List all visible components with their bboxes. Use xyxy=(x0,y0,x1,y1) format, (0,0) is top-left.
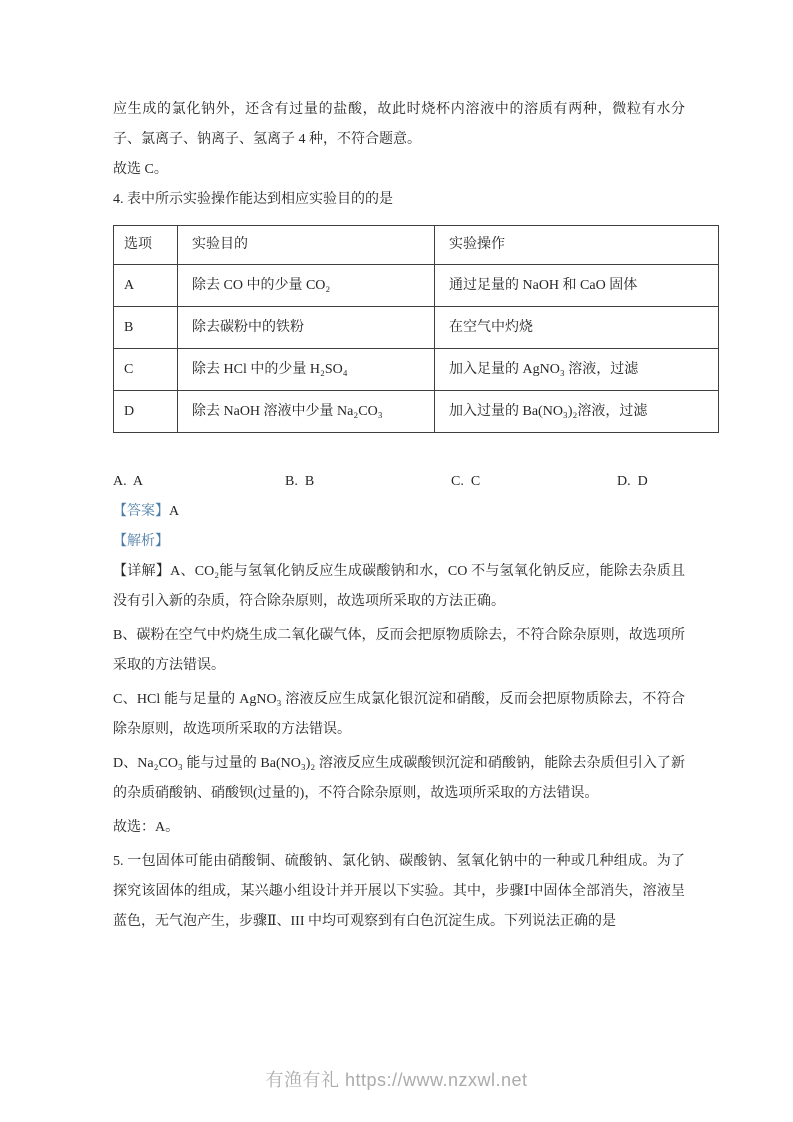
detail-paragraph-c: C、HCl 能与足量的 AgNO₃ 溶液反应生成氯化银沉淀和硝酸，反而会把原物质… xyxy=(113,685,685,745)
question5-stem: 5. 一包固体可能由硝酸铜、硫酸钠、氯化钠、碳酸钠、氢氧化钠中的一种或几种组成。… xyxy=(113,847,685,937)
document-page: 应生成的氯化钠外，还含有过量的盐酸，故此时烧杯内溶液中的溶质有两种，微粒有水分子… xyxy=(0,0,793,1122)
table-header-option: 选项 xyxy=(114,226,178,265)
table-header-operation: 实验操作 xyxy=(435,226,719,265)
table-row-d: D 除去 NaOH 溶液中少量 Na₂CO₃ 加入过量的 Ba(NO₃)₂溶液，… xyxy=(114,391,719,433)
table-row-c: C 除去 HCl 中的少量 H₂SO₄ 加入足量的 AgNO₃ 溶液，过滤 xyxy=(114,349,719,391)
table-row-a: A 除去 CO 中的少量 CO₂ 通过足量的 NaOH 和 CaO 固体 xyxy=(114,265,719,307)
table-cell-key: D xyxy=(114,391,178,433)
table-cell-purpose: 除去碳粉中的铁粉 xyxy=(178,307,435,349)
footer-watermark: 有渔有礼 https://www.nzxwl.net xyxy=(0,1066,793,1092)
table-cell-operation: 在空气中灼烧 xyxy=(435,307,719,349)
question4-stem: 4. 表中所示实验操作能达到相应实验目的的是 xyxy=(113,185,685,215)
table-cell-purpose: 除去 CO 中的少量 CO₂ xyxy=(178,265,435,307)
option-c: C. C xyxy=(451,467,617,497)
answer-label: 【答案】 xyxy=(113,504,169,519)
table-cell-operation: 加入足量的 AgNO₃ 溶液，过滤 xyxy=(435,349,719,391)
option-b: B. B xyxy=(285,467,451,497)
analysis-label: 【解析】 xyxy=(113,534,169,549)
document-content: 应生成的氯化钠外，还含有过量的盐酸，故此时烧杯内溶液中的溶质有两种，微粒有水分子… xyxy=(113,95,685,937)
table-header-purpose: 实验目的 xyxy=(178,226,435,265)
table-cell-key: B xyxy=(114,307,178,349)
detail-conclusion: 故选：A。 xyxy=(113,813,685,843)
table-cell-operation: 通过足量的 NaOH 和 CaO 固体 xyxy=(435,265,719,307)
answer-line: 【答案】A xyxy=(113,497,685,527)
detail-paragraph-b: B、碳粉在空气中灼烧生成二氧化碳气体，反而会把原物质除去，不符合除杂原则，故选项… xyxy=(113,621,685,681)
table-header-row: 选项 实验目的 实验操作 xyxy=(114,226,719,265)
prev-answer-conclusion: 故选 C。 xyxy=(113,155,685,185)
prev-answer-paragraph: 应生成的氯化钠外，还含有过量的盐酸，故此时烧杯内溶液中的溶质有两种，微粒有水分子… xyxy=(113,95,685,155)
table-cell-operation: 加入过量的 Ba(NO₃)₂溶液，过滤 xyxy=(435,391,719,433)
detail-paragraph-a: 【详解】A、CO₂能与氢氧化钠反应生成碳酸钠和水，CO 不与氢氧化钠反应，能除去… xyxy=(113,557,685,617)
detail-paragraph-d: D、Na₂CO₃ 能与过量的 Ba(NO₃)₂ 溶液反应生成碳酸钡沉淀和硝酸钠，… xyxy=(113,749,685,809)
answer-choices-row: A. A B. B C. C D. D xyxy=(113,467,750,497)
table-cell-key: C xyxy=(114,349,178,391)
table-cell-purpose: 除去 HCl 中的少量 H₂SO₄ xyxy=(178,349,435,391)
option-a: A. A xyxy=(113,467,285,497)
analysis-line: 【解析】 xyxy=(113,527,685,557)
option-d: D. D xyxy=(617,467,750,497)
answer-value: A xyxy=(169,504,179,519)
table-cell-purpose: 除去 NaOH 溶液中少量 Na₂CO₃ xyxy=(178,391,435,433)
table-row-b: B 除去碳粉中的铁粉 在空气中灼烧 xyxy=(114,307,719,349)
table-cell-key: A xyxy=(114,265,178,307)
experiment-table: 选项 实验目的 实验操作 A 除去 CO 中的少量 CO₂ 通过足量的 NaOH… xyxy=(113,225,719,433)
